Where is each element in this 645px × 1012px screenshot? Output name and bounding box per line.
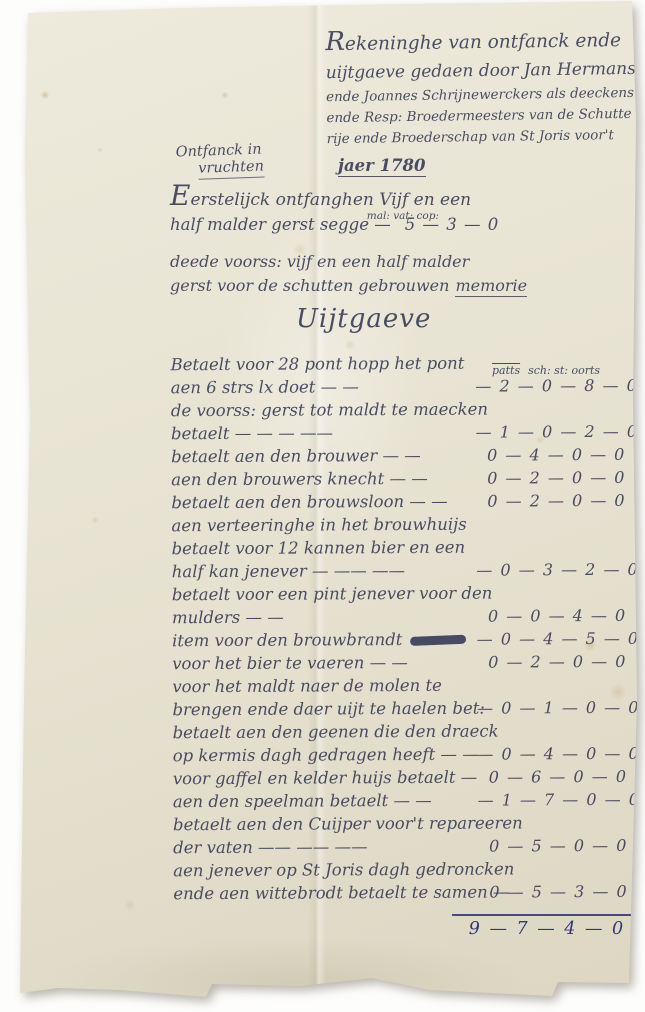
amount-value: 0 — 5 — 3 — 0 [489, 880, 639, 904]
expense-row: aen den speelman betaelt — — — 1 — 7 — 0… [173, 788, 639, 813]
expense-row: voor het bier te vaeren — — 0 — 2 — 0 — … [172, 650, 638, 675]
year-label: jaer 1780 [338, 156, 426, 177]
income-line: Eerstelijck ontfanghen Vijf en een [170, 183, 510, 213]
manuscript-line: der vaten —— —— —— [173, 835, 489, 860]
manuscript-line: op kermis dagh gedragen heeft — — [173, 743, 478, 768]
expense-row: de voorss: gerst tot maldt te maeckenbet… [171, 397, 637, 445]
manuscript-line: betaelt aen den geenen die den draeck [172, 720, 477, 745]
expense-rows: Betaelt voor 28 pont hopp het pontaen 6 … [171, 351, 640, 905]
amount-value: 0 — 2 — 0 — 0 [488, 650, 638, 674]
manuscript-line: betaelt — — — —— [171, 421, 476, 446]
manuscript-line-text: item voor den brouwbrandt [172, 630, 402, 650]
expense-row: betaelt aen den geenen die den draeckop … [172, 719, 638, 767]
manuscript-line: voor het bier te vaeren — — [172, 651, 488, 676]
scribbled-out-word [410, 635, 466, 646]
amount-value: — 0 — 1 — 0 — 0 [477, 696, 638, 720]
photo-background: Rekeninghe van ontfanck ende uijtgaeve g… [0, 0, 645, 1012]
margin-note: Ontfanck in vruchten [175, 141, 264, 180]
amount-value: — 0 — 4 — 0 — 0 [477, 742, 638, 766]
expense-row: betaelt aen den Cuijper voor't repareere… [173, 811, 639, 859]
amount-value: — 0 — 4 — 5 — 0 [477, 627, 638, 651]
manuscript-line: mulders — — [172, 605, 488, 630]
amount-value: — 2 — 0 — 8 — 0 [475, 374, 636, 398]
manuscript-line: de voorss: gerst tot maldt te maecken [171, 398, 476, 423]
amount-value: 0 — 6 — 0 — 0 [489, 765, 639, 789]
paper-shadow: Rekeninghe van ontfanck ende uijtgaeve g… [0, 0, 645, 1012]
manuscript-line: item voor den brouwbrandt [172, 628, 477, 653]
manuscript-line: half kan jenever — —— —— [172, 559, 477, 584]
manuscript-line: voor het maldt naer de molen te [172, 674, 477, 699]
header-line: Rekeninghe van ontfanck ende [325, 24, 637, 59]
manuscript-line: betaelt aen den Cuijper voor't repareere… [173, 812, 489, 837]
expense-row: voor het maldt naer de molen tebrengen e… [172, 673, 638, 721]
manuscript-line: betaelt voor 12 kannen bier en een [172, 536, 477, 561]
income-section: Eerstelijck ontfanghen Vijf en een half … [170, 183, 510, 298]
expense-row: betaelt voor een pint jenever voor denmu… [172, 581, 638, 629]
manuscript-line: betaelt aen den brouwer — — [171, 444, 487, 469]
total-row: 9 — 7 — 4 — 0 [452, 914, 640, 939]
income-line: deede voorss: vijf en een half malder [170, 250, 510, 274]
total-value: 9 — 7 — 4 — 0 [469, 919, 623, 939]
amount-value: 0 — 5 — 0 — 0 [489, 834, 639, 858]
units-superscript: mal: vat: cop: [367, 204, 439, 228]
document-header: Rekeninghe van ontfanck ende uijtgaeve g… [325, 24, 639, 150]
manuscript-line: betaelt aen den brouwsloon — — [171, 490, 487, 515]
income-line: gerst voor de schutten gebrouwenmemorie [170, 274, 510, 298]
manuscript-line: aen den brouwers knecht — — [171, 467, 487, 492]
amount-value: 0 — 4 — 0 — 0 [487, 443, 637, 467]
section-heading: Uijtgaeve [296, 304, 431, 334]
income-line-text: half malder gerst segge — [170, 215, 391, 234]
amount-value: — 0 — 3 — 2 — 0 [476, 558, 637, 582]
amount-value: — 1 — 7 — 0 — 0 [478, 788, 639, 812]
manuscript-line: aen den speelman betaelt — — [173, 789, 478, 814]
expense-row: item voor den brouwbrandt — 0 — 4 — 5 — … [172, 627, 638, 652]
income-line-text: gerst voor de schutten gebrouwen [170, 276, 449, 295]
manuscript-line: Betaelt voor 28 pont hopp het pont [171, 352, 476, 377]
header-line: rije ende Broederschap van St Joris voor… [327, 125, 639, 150]
manuscript-line: betaelt voor een pint jenever voor den [172, 582, 488, 607]
expense-row: betaelt aen den brouwsloon — — 0 — 2 — 0… [171, 489, 637, 514]
expense-row: betaelt aen den brouwer — — 0 — 4 — 0 — … [171, 443, 637, 468]
expense-row: aen verteeringhe in het brouwhuijsbetael… [171, 512, 637, 583]
expense-row: aen den brouwers knecht — — 0 — 2 — 0 — … [171, 466, 637, 491]
manuscript-page: Rekeninghe van ontfanck ende uijtgaeve g… [0, 0, 645, 1012]
amount-value: 0 — 2 — 0 — 0 [487, 489, 637, 513]
manuscript-line: voor gaffel en kelder huijs betaelt — [173, 766, 489, 791]
income-amount: mal: vat: cop:5 — 3 — 0 [405, 215, 499, 234]
manuscript-line: ende aen wittebrodt betaelt te samen — [173, 881, 489, 906]
manuscript-line: brengen ende daer uijt te haelen bet: [172, 697, 477, 722]
amount-value: — 1 — 0 — 2 — 0 [476, 420, 637, 444]
amount-value: 0 — 2 — 0 — 0 [487, 466, 637, 490]
manuscript-line: aen 6 strs lx doet — — [171, 375, 476, 400]
expense-row: voor gaffel en kelder huijs betaelt — 0 … [173, 765, 639, 790]
expense-row: aen jenever op St Joris dagh gedronckene… [173, 857, 639, 905]
manuscript-line: aen verteeringhe in het brouwhuijs [171, 513, 476, 538]
manuscript-line: aen jenever op St Joris dagh gedroncken [173, 858, 489, 883]
header-line: uijtgaeve gedaen door Jan Hermans [326, 55, 638, 87]
amount-value: 0 — 0 — 4 — 0 [488, 604, 638, 628]
memorie-note: memorie [455, 276, 527, 297]
margin-note-line: vruchten [198, 158, 264, 179]
expense-row: Betaelt voor 28 pont hopp het pontaen 6 … [171, 351, 637, 399]
income-line: half malder gerst segge —mal: vat: cop:5… [170, 213, 510, 237]
